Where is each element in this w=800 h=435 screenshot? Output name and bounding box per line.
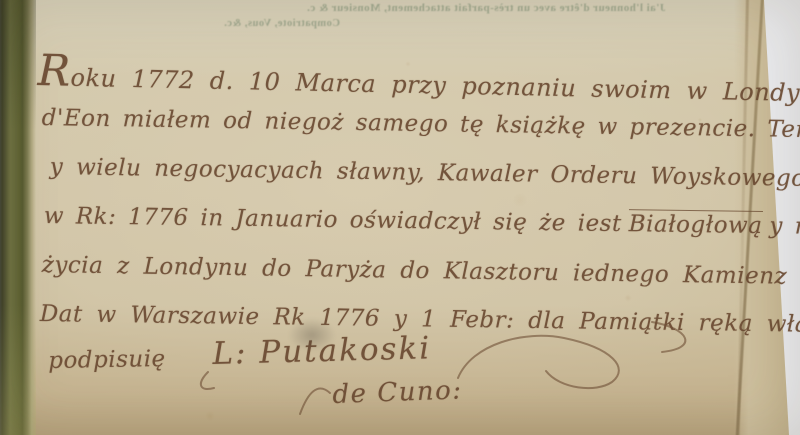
photo-vignette: [0, 0, 800, 435]
manuscript-photo: J'ai l'honneur d'être avec un très-parfa…: [0, 0, 800, 435]
